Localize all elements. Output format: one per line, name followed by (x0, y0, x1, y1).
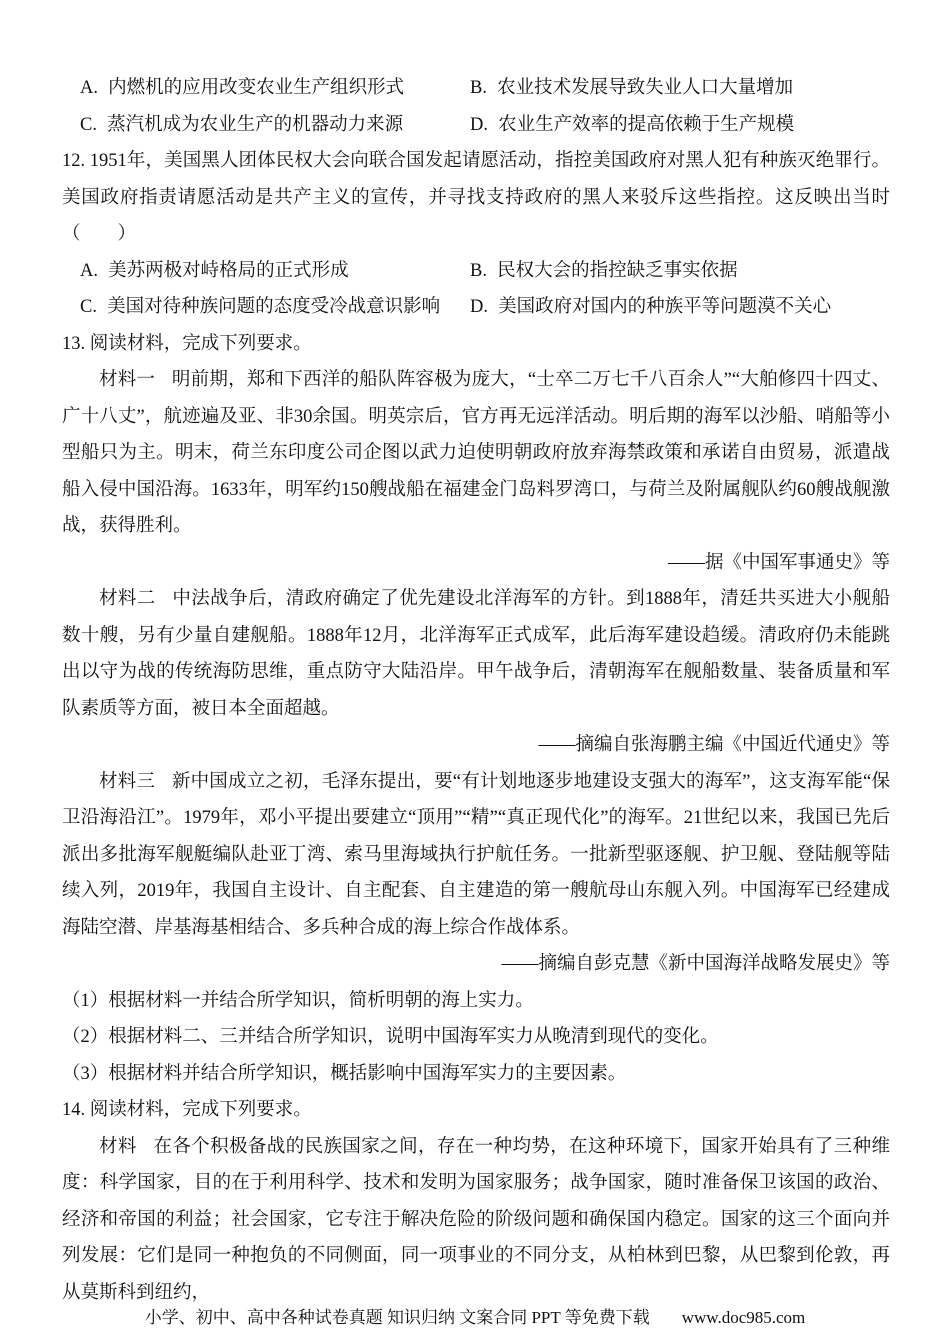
q11-option-c: C.蒸汽机成为农业生产的机器动力来源 (62, 107, 470, 144)
q13-material-2: 材料二中法战争后，清政府确定了优先建设北洋海军的方针。到1888年，清廷共买进大… (62, 581, 890, 727)
page-footer: 小学、初中、高中各种试卷真题 知识归纳 文案合同 PPT 等免费下载 www.d… (0, 1303, 950, 1328)
q13-material-2-text: 中法战争后，清政府确定了优先建设北洋海军的方针。到1888年，清廷共买进大小舰船… (62, 589, 890, 719)
q13-number: 13. (62, 334, 85, 354)
q13-subquestion-3: （3）根据材料并结合所学知识，概括影响中国海军实力的主要因素。 (62, 1056, 890, 1093)
q11-option-b-label: B. (470, 78, 487, 98)
q12-stem-text: 1951年，美国黑人团体民权大会向联合国发起请愿活动，指控美国政府对黑人犯有种族… (62, 151, 890, 244)
q12-stem: 12.1951年，美国黑人团体民权大会向联合国发起请愿活动，指控美国政府对黑人犯… (62, 143, 890, 253)
footer-text: 小学、初中、高中各种试卷真题 知识归纳 文案合同 PPT 等免费下载 (145, 1303, 650, 1328)
q13-material-1: 材料一明前期，郑和下西洋的船队阵容极为庞大，“士卒二万七千八百余人”“大舶修四十… (62, 362, 890, 545)
q11-option-c-label: C. (80, 115, 97, 135)
q13-subquestion-2: （2）根据材料二、三并结合所学知识，说明中国海军实力从晚清到现代的变化。 (62, 1019, 890, 1056)
q12-options-row-ab: A.美苏两极对峙格局的正式形成 B.民权大会的指控缺乏事实依据 (62, 253, 890, 290)
q11-option-c-text: 蒸汽机成为农业生产的机器动力来源 (107, 115, 403, 135)
q12-option-b-text: 民权大会的指控缺乏事实依据 (497, 261, 738, 281)
q11-option-a-label: A. (80, 78, 98, 98)
q11-options-row-ab: A.内燃机的应用改变农业生产组织形式 B.农业技术发展导致失业人口大量增加 (62, 70, 890, 107)
q14-material-text: 在各个积极备战的民族国家之间，存在一种均势，在这种环境下，国家开始具有了三种维度… (62, 1137, 890, 1303)
q11-options-row-cd: C.蒸汽机成为农业生产的机器动力来源 D.农业生产效率的提高依赖于生产规模 (62, 107, 890, 144)
q13-material-2-source: ——摘编自张海鹏主编《中国近代通史》等 (62, 727, 890, 764)
q13-material-1-source: ——据《中国军事通史》等 (62, 545, 890, 582)
q13-material-2-label: 材料二 (99, 589, 156, 609)
q13-material-3-text: 新中国成立之初，毛泽东提出，要“有计划地逐步地建设支强大的海军”，这支海军能“保… (62, 772, 890, 938)
q11-option-d-label: D. (470, 115, 488, 135)
q12-number: 12. (62, 151, 85, 171)
q12-option-b-label: B. (470, 261, 487, 281)
q13-material-3: 材料三新中国成立之初，毛泽东提出，要“有计划地逐步地建设支强大的海军”，这支海军… (62, 764, 890, 947)
exam-page: A.内燃机的应用改变农业生产组织形式 B.农业技术发展导致失业人口大量增加 C.… (0, 0, 950, 1344)
q14-intro-text: 阅读材料，完成下列要求。 (90, 1100, 312, 1120)
q13-material-1-text: 明前期，郑和下西洋的船队阵容极为庞大，“士卒二万七千八百余人”“大舶修四十四丈、… (62, 370, 890, 536)
q11-option-b: B.农业技术发展导致失业人口大量增加 (470, 70, 890, 107)
q13-material-1-label: 材料一 (99, 370, 155, 390)
q14-intro: 14.阅读材料，完成下列要求。 (62, 1092, 890, 1129)
exam-content: A.内燃机的应用改变农业生产组织形式 B.农业技术发展导致失业人口大量增加 C.… (62, 70, 890, 1311)
q12-option-d: D.美国政府对国内的种族平等问题漠不关心 (470, 289, 890, 326)
q11-option-d-text: 农业生产效率的提高依赖于生产规模 (498, 115, 794, 135)
footer-url: www.doc985.com (682, 1308, 806, 1328)
q12-option-c-text: 美国对待种族问题的态度受冷战意识影响 (107, 297, 440, 317)
q12-option-d-text: 美国政府对国内的种族平等问题漠不关心 (498, 297, 831, 317)
q12-option-a: A.美苏两极对峙格局的正式形成 (62, 253, 470, 290)
q14-number: 14. (62, 1100, 85, 1120)
q13-subquestion-1: （1）根据材料一并结合所学知识，简析明朝的海上实力。 (62, 983, 890, 1020)
q13-material-3-source: ——摘编自彭克慧《新中国海洋战略发展史》等 (62, 946, 890, 983)
q11-option-a: A.内燃机的应用改变农业生产组织形式 (62, 70, 470, 107)
q11-option-d: D.农业生产效率的提高依赖于生产规模 (470, 107, 890, 144)
q12-option-a-label: A. (80, 261, 98, 281)
q12-option-a-text: 美苏两极对峙格局的正式形成 (108, 261, 349, 281)
q12-option-c: C.美国对待种族问题的态度受冷战意识影响 (62, 289, 470, 326)
q12-option-c-label: C. (80, 297, 97, 317)
q11-option-a-text: 内燃机的应用改变农业生产组织形式 (108, 78, 404, 98)
q14-material: 材料在各个积极备战的民族国家之间，存在一种均势，在这种环境下，国家开始具有了三种… (62, 1129, 890, 1312)
q13-material-3-label: 材料三 (99, 772, 155, 792)
q13-intro: 13.阅读材料，完成下列要求。 (62, 326, 890, 363)
q13-intro-text: 阅读材料，完成下列要求。 (90, 334, 312, 354)
q12-options-row-cd: C.美国对待种族问题的态度受冷战意识影响 D.美国政府对国内的种族平等问题漠不关… (62, 289, 890, 326)
q11-option-b-text: 农业技术发展导致失业人口大量增加 (497, 78, 793, 98)
q12-option-d-label: D. (470, 297, 488, 317)
q14-material-label: 材料 (99, 1137, 137, 1157)
q12-option-b: B.民权大会的指控缺乏事实依据 (470, 253, 890, 290)
